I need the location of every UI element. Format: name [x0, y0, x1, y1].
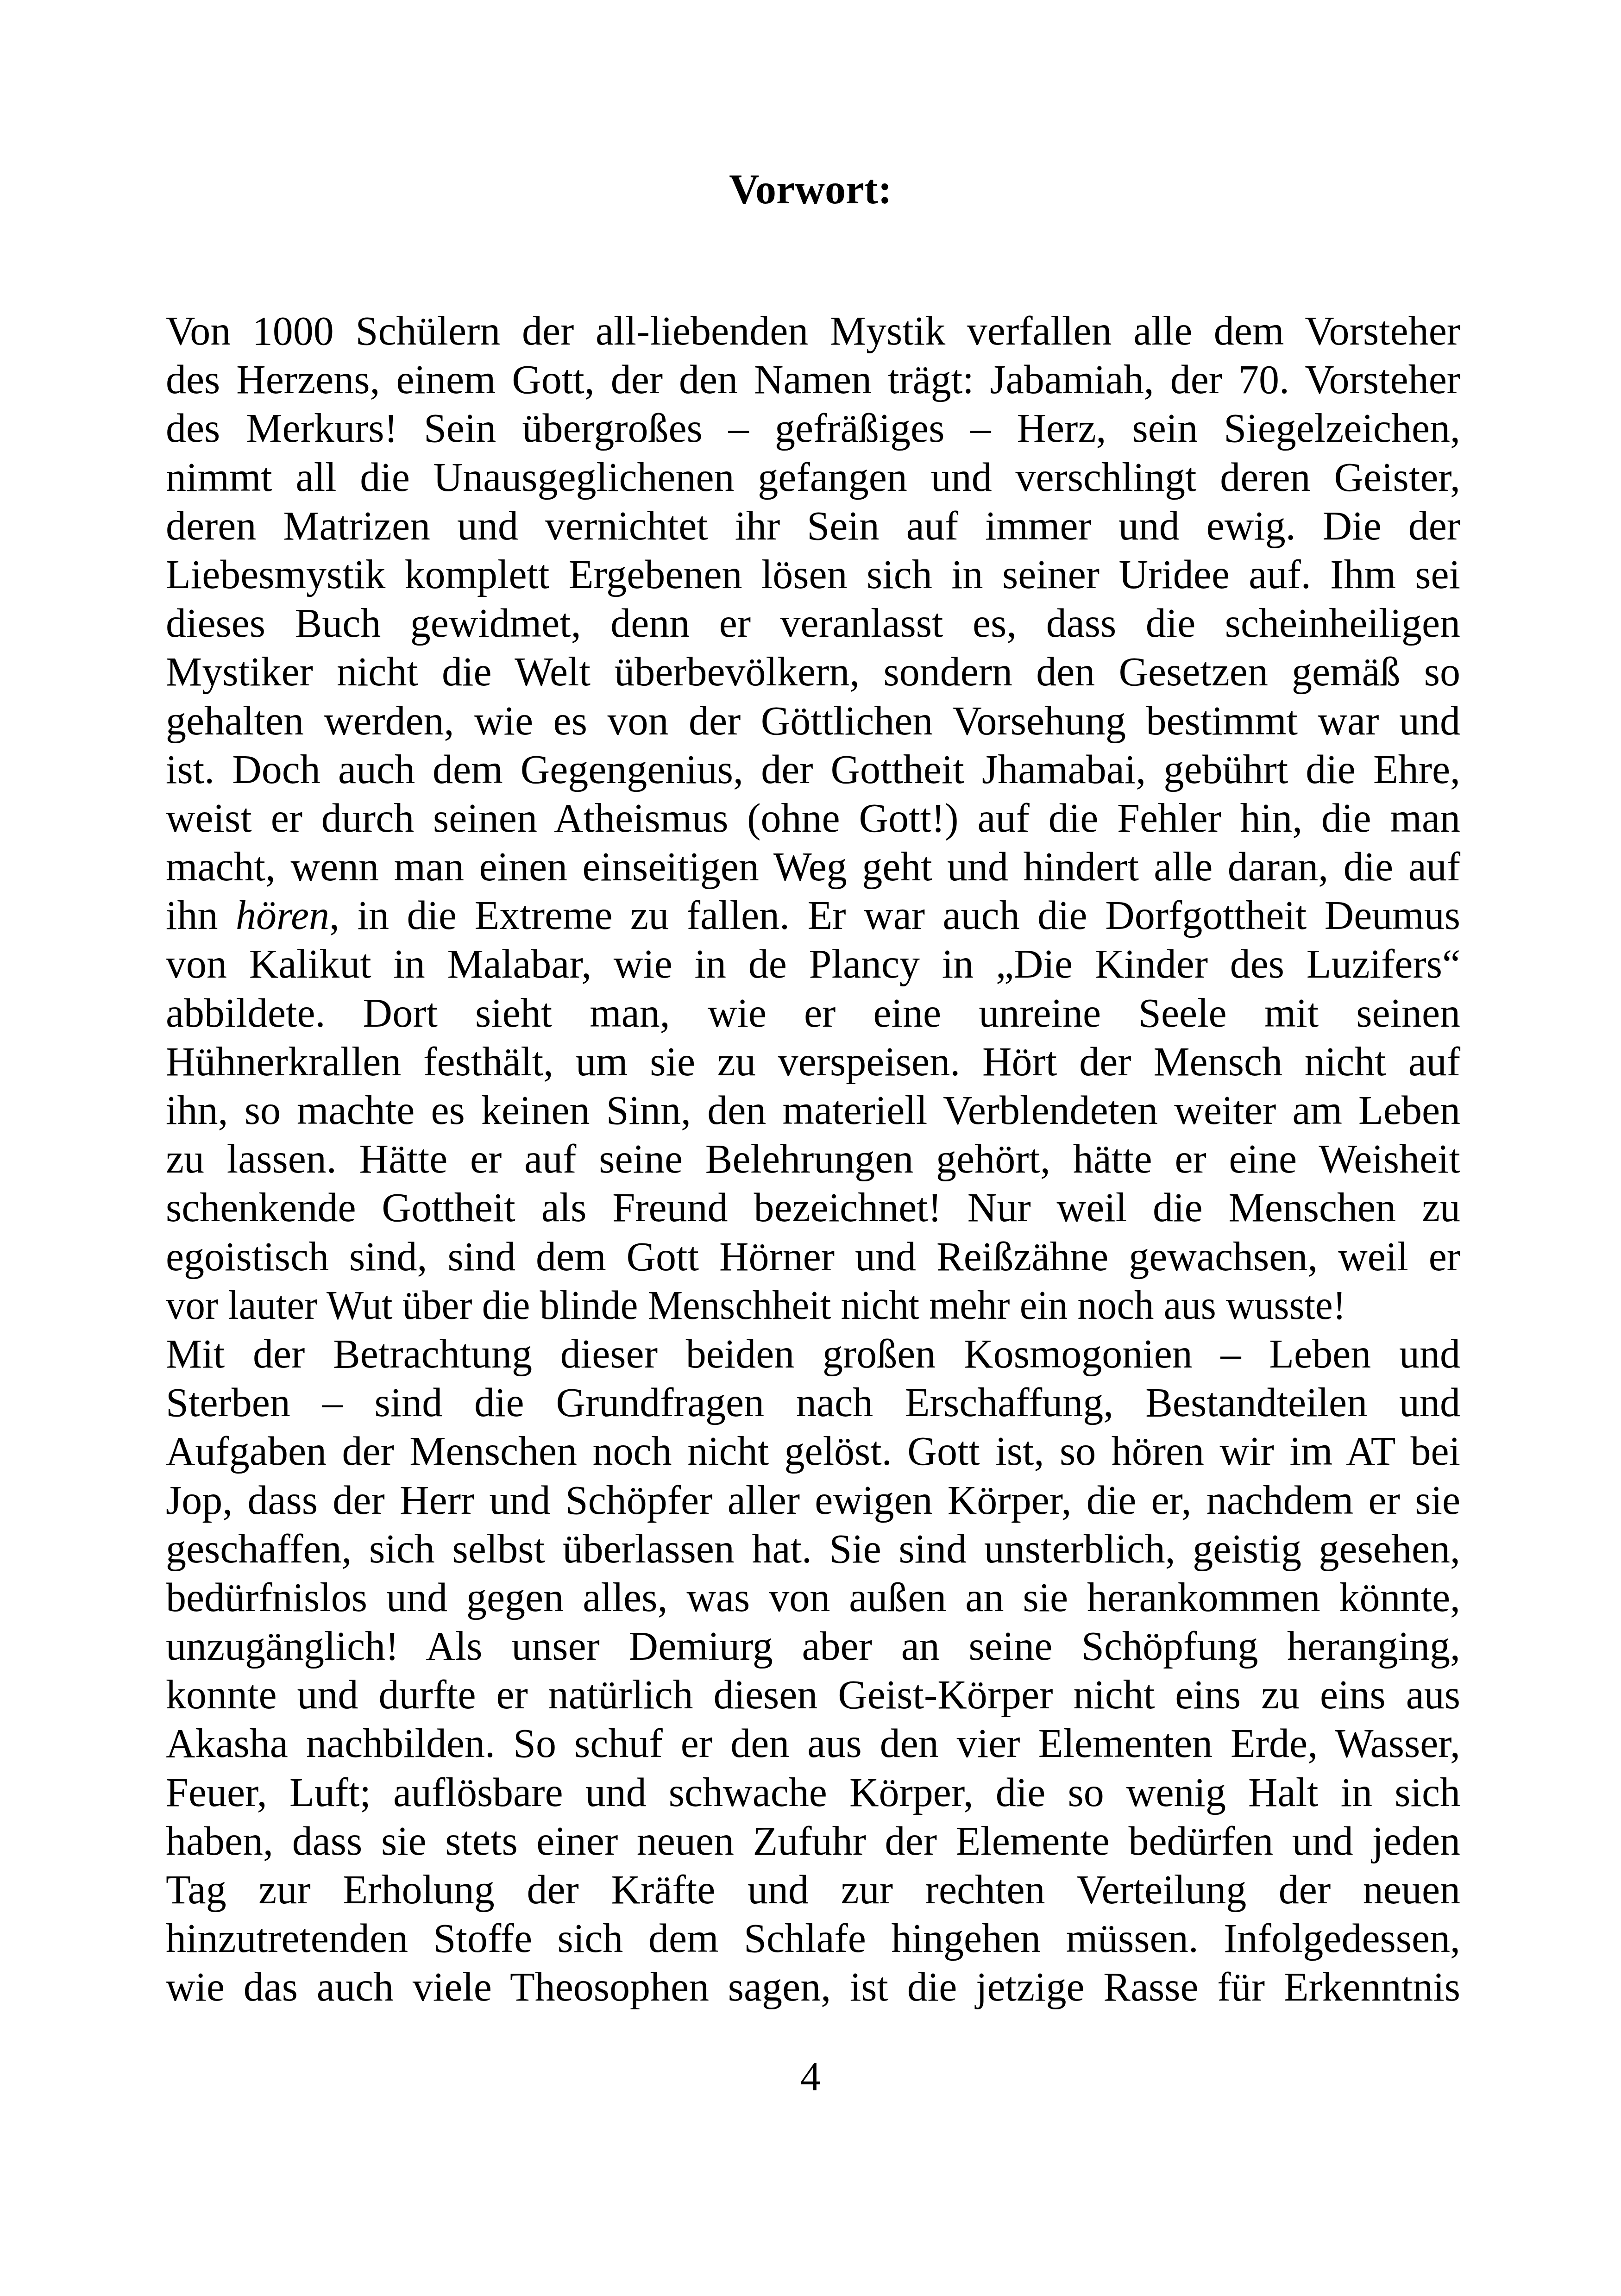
text-line: Von 1000 Schülern der all-liebenden Myst… — [166, 307, 1460, 356]
text-line: wie das auch viele Theosophen sagen, ist… — [166, 1963, 1460, 2012]
text-line: Akasha nachbilden. So schuf er den aus d… — [166, 1719, 1460, 1768]
text-line: Hühnerkrallen festhält, um sie zu verspe… — [166, 1038, 1460, 1086]
text-segment: ihn — [166, 893, 236, 938]
text-line: Tag zur Erholung der Kräfte und zur rech… — [166, 1866, 1460, 1914]
text-line: von Kalikut in Malabar, wie in de Plancy… — [166, 940, 1460, 989]
text-line: geschaffen, sich selbst überlassen hat. … — [166, 1525, 1460, 1574]
text-line: bedürfnislos und gegen alles, was von au… — [166, 1574, 1460, 1622]
text-line: hinzutretenden Stoffe sich dem Schlafe h… — [166, 1914, 1460, 1963]
text-line: macht, wenn man einen einseitigen Weg ge… — [166, 843, 1460, 891]
text-line: Mit der Betrachtung dieser beiden großen… — [166, 1330, 1460, 1379]
text-line-with-emphasis: ihn hören, in die Extreme zu fallen. Er … — [166, 891, 1460, 940]
page-number: 4 — [0, 2051, 1621, 2102]
text-line: ist. Doch auch dem Gegengenius, der Gott… — [166, 746, 1460, 794]
text-line: schenkende Gottheit als Freund bezeichne… — [166, 1184, 1460, 1232]
book-page: Vorwort: Von 1000 Schülern der all-liebe… — [0, 0, 1621, 2296]
text-line: weist er durch seinen Atheismus (ohne Go… — [166, 794, 1460, 843]
text-line: Feuer, Luft; auflösbare und schwache Kör… — [166, 1769, 1460, 1817]
text-line: des Merkurs! Sein übergroßes – gefräßige… — [166, 404, 1460, 453]
text-line: unzugänglich! Als unser Demiurg aber an … — [166, 1622, 1460, 1671]
text-line: Liebesmystik komplett Ergebenen lösen si… — [166, 551, 1460, 599]
paragraph-end-line: vor lauter Wut über die blinde Menschhei… — [166, 1281, 1414, 1330]
text-line: nimmt all die Unausgeglichenen gefangen … — [166, 453, 1460, 502]
text-line: haben, dass sie stets einer neuen Zufuhr… — [166, 1817, 1460, 1866]
text-line: zu lassen. Hätte er auf seine Belehrunge… — [166, 1135, 1460, 1184]
text-line: des Herzens, einem Gott, der den Namen t… — [166, 356, 1460, 404]
text-line: Sterben – sind die Grundfragen nach Ersc… — [166, 1379, 1460, 1427]
text-line: gehalten werden, wie es von der Göttlich… — [166, 697, 1460, 746]
text-line: Mystiker nicht die Welt überbevölkern, s… — [166, 648, 1460, 696]
text-line: konnte und durfte er natürlich diesen Ge… — [166, 1671, 1460, 1719]
text-line: dieses Buch gewidmet, denn er veranlasst… — [166, 599, 1460, 648]
text-line: Jop, dass der Herr und Schöpfer aller ew… — [166, 1476, 1460, 1525]
text-line: deren Matrizen und vernichtet ihr Sein a… — [166, 502, 1460, 551]
text-line: egoistisch sind, sind dem Gott Hörner un… — [166, 1233, 1460, 1281]
text-line: Aufgaben der Menschen noch nicht gelöst.… — [166, 1427, 1460, 1476]
text-segment: , in die Extreme zu fallen. Er war auch … — [329, 893, 1460, 938]
text-line: abbildete. Dort sieht man, wie er eine u… — [166, 989, 1460, 1038]
emphasized-word: hören — [236, 893, 329, 938]
page-title: Vorwort: — [0, 164, 1621, 215]
text-line: ihn, so machte es keinen Sinn, den mater… — [166, 1086, 1460, 1135]
body-text: Von 1000 Schülern der all-liebenden Myst… — [166, 307, 1460, 2012]
